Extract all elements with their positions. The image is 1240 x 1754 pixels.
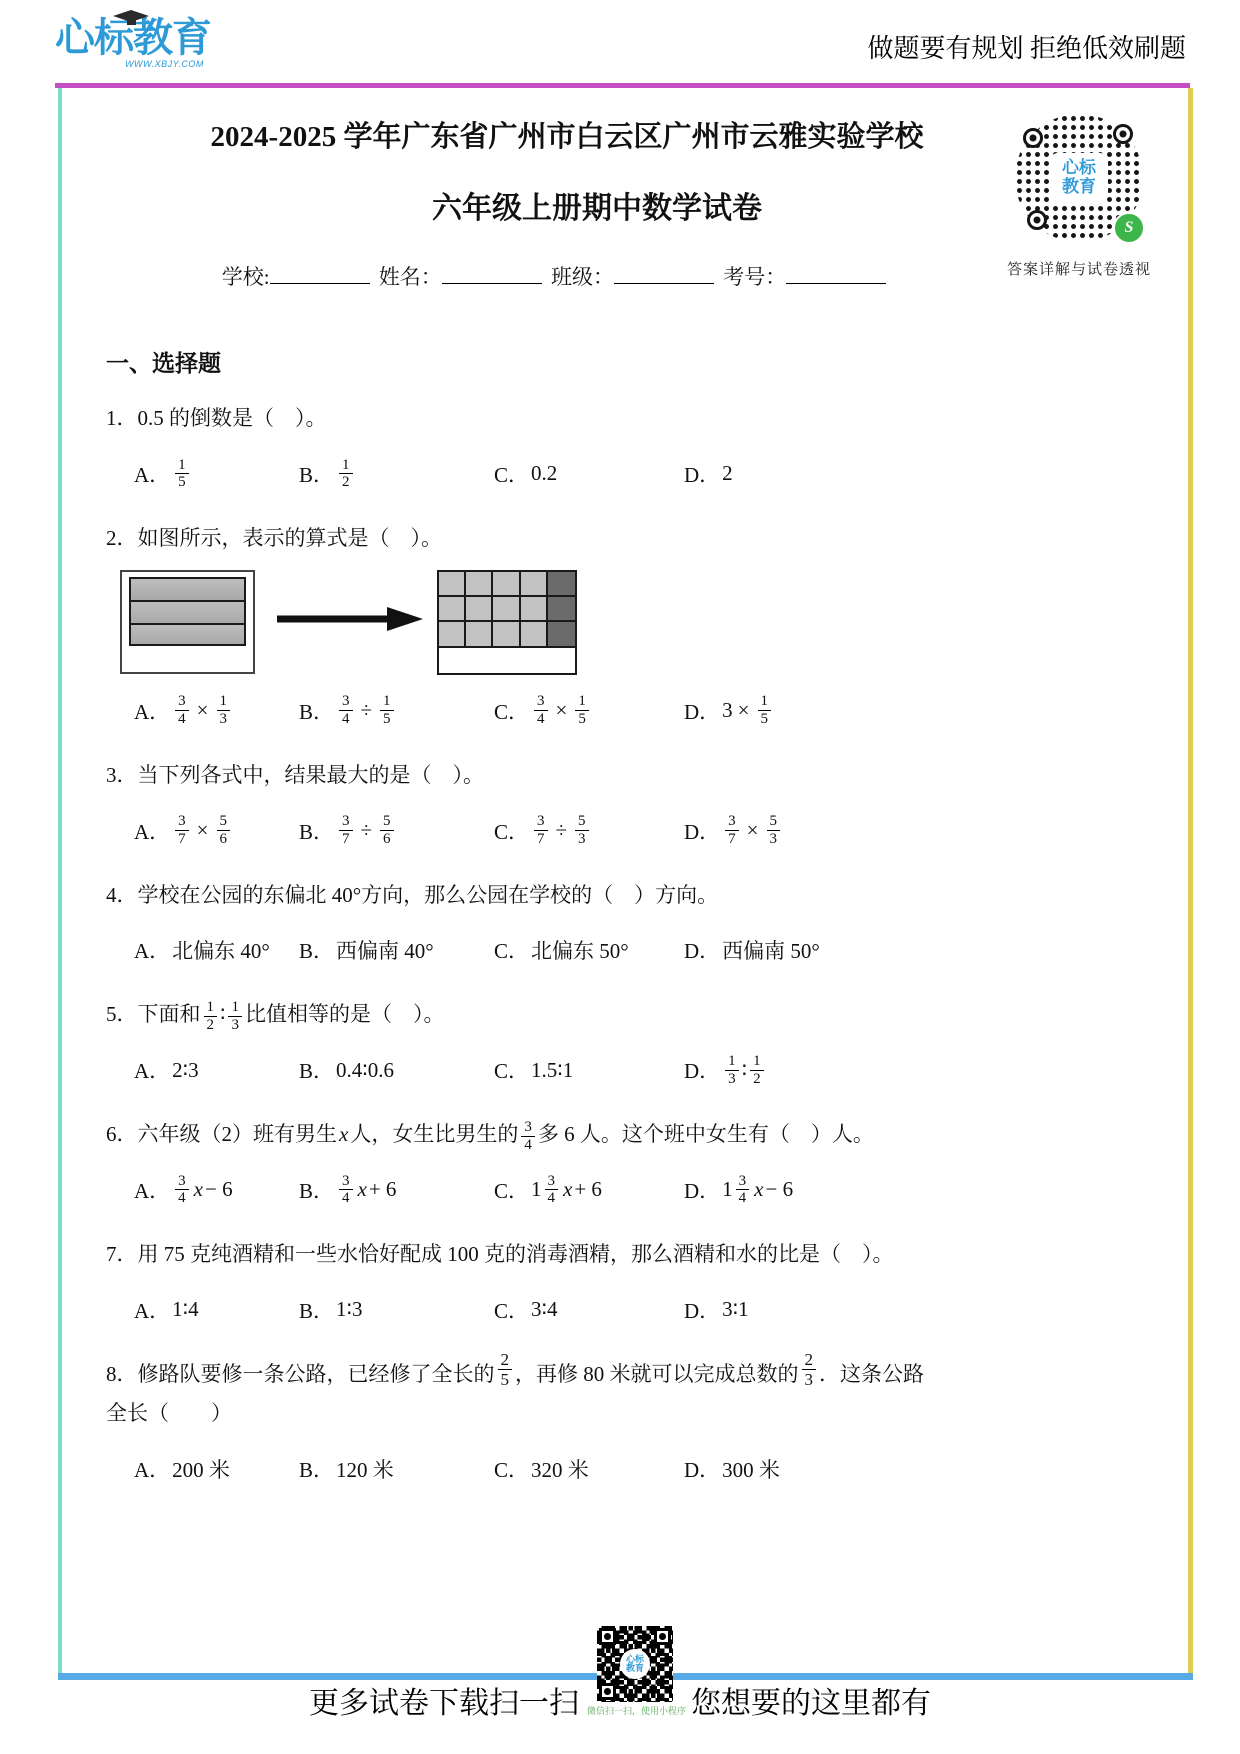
option-label: B． — [299, 1454, 334, 1484]
grid-cell — [521, 597, 548, 622]
option-D: D．2 — [684, 459, 1148, 489]
qr-logo-line2: 教育 — [1062, 178, 1096, 197]
fraction-denominator: 7 — [178, 831, 186, 848]
question-number: 7． — [106, 1242, 138, 1266]
option-label: D． — [684, 696, 720, 726]
fraction-numerator: 5 — [380, 813, 394, 831]
fraction: 53 — [767, 813, 781, 848]
option-B: B．1∶3 — [299, 1295, 494, 1325]
grid-cell — [466, 622, 493, 647]
fraction-denominator: 4 — [537, 711, 545, 728]
fraction-denominator: 4 — [342, 711, 350, 728]
fraction-numerator: 1 — [758, 693, 772, 711]
fraction-numerator: 5 — [575, 813, 589, 831]
option-label: C． — [494, 1055, 529, 1085]
option-C: C．134x + 6 — [494, 1173, 684, 1208]
fraction-denominator: 3 — [805, 1370, 814, 1389]
fraction-denominator: 4 — [178, 1190, 186, 1207]
fraction-denominator: 4 — [548, 1190, 556, 1207]
option-row: A．2∶3B．0.4∶0.6C．1.5∶1D．13∶12 — [134, 1046, 1148, 1094]
option-A: A．北偏东 40° — [134, 935, 299, 965]
download-qr-code: 心标 教育 — [597, 1626, 673, 1702]
option-row: A．1∶4B．1∶3C．3∶4D．3∶1 — [134, 1286, 1148, 1334]
fraction-numerator: 3 — [339, 1173, 353, 1191]
fraction-numerator: 3 — [545, 1173, 559, 1191]
exam-title: 2024-2025 学年广东省广州市白云区广州市云雅实验学校 — [186, 118, 948, 157]
option-label: D． — [684, 1055, 720, 1085]
question-7: 7．用 75 克纯酒精和一些水恰好配成 100 克的消毒酒精，那么酒精和水的比是… — [106, 1236, 1148, 1334]
footer-right-text: 您想要的这里都有 — [691, 1626, 931, 1722]
fraction-denominator: 3 — [231, 1017, 239, 1034]
wechat-scan-text: 微信扫一扫，使用小程序 — [587, 1704, 686, 1717]
question-stem: 3．当下列各式中，结果最大的是（ ）。 — [106, 757, 1148, 795]
option-label: B． — [299, 696, 334, 726]
graduation-cap-icon — [113, 10, 149, 28]
grid-cell — [493, 572, 520, 597]
fraction-denominator: 4 — [524, 1137, 532, 1154]
answer-qr-code: 心标 教育 S — [1015, 114, 1143, 242]
class-blank — [614, 261, 714, 284]
fraction-numerator: 1 — [217, 693, 231, 711]
option-D: D．3∶1 — [684, 1295, 1148, 1325]
grid-cell — [466, 597, 493, 622]
qr-center-logo: 心标 教育 — [620, 1649, 650, 1679]
math-operator: ÷ — [361, 818, 373, 843]
option-label: A． — [134, 696, 170, 726]
fraction-denominator: 4 — [178, 711, 186, 728]
math-operator: × — [747, 818, 759, 843]
qr-ring-icon — [1027, 210, 1047, 230]
variable: x — [563, 1177, 572, 1202]
option-label: C． — [494, 696, 529, 726]
option-B: B．120 米 — [299, 1454, 494, 1484]
question-6: 6．六年级（2）班有男生x人，女生比男生的34多 6 人。这个班中女生有（ ）人… — [106, 1116, 1148, 1214]
question-number: 8． — [106, 1362, 138, 1386]
fraction-numerator: 3 — [534, 693, 548, 711]
question-8: 8．修路队要修一条公路，已经修了全长的25，再修 80 米就可以完成总数的23．… — [106, 1356, 1148, 1494]
question-stem: 6．六年级（2）班有男生x人，女生比男生的34多 6 人。这个班中女生有（ ）人… — [106, 1116, 1148, 1154]
grid-cell — [493, 622, 520, 647]
question-4: 4．学校在公园的东偏北 40°方向，那么公园在学校的（ ）方向。A．北偏东 40… — [106, 877, 1148, 975]
exam-no-label: 考号： — [723, 265, 786, 289]
fraction: 13 — [725, 1053, 739, 1088]
fraction: 25 — [498, 1350, 513, 1389]
math-operator: × — [197, 818, 209, 843]
qr-logo-line1: 心标 — [1062, 159, 1096, 178]
option-label: B． — [299, 1055, 334, 1085]
variable: x — [339, 1122, 348, 1146]
question-number: 6． — [106, 1122, 138, 1146]
qr-center-logo: 心标 教育 — [1050, 153, 1108, 203]
fraction-denominator: 7 — [537, 831, 545, 848]
fraction: 34 — [175, 693, 189, 728]
option-C: C．3∶4 — [494, 1295, 684, 1325]
exam-subtitle: 六年级上册期中数学试卷 — [206, 183, 988, 227]
option-C: C．北偏东 50° — [494, 935, 684, 965]
question-5: 5．下面和12∶13比值相等的是（ ）。A．2∶3B．0.4∶0.6C．1.5∶… — [106, 996, 1148, 1094]
fraction-strips-figure — [120, 570, 255, 674]
fraction-numerator: 2 — [498, 1350, 513, 1370]
shaded-strip — [129, 623, 246, 646]
option-C: C．34×15 — [494, 693, 684, 728]
option-A: A．37×56 — [134, 813, 299, 848]
option-label: A． — [134, 1295, 170, 1325]
question-list: 1．0.5 的倒数是（ ）。A．15B．12C．0.2D．22．如图所示，表示的… — [106, 400, 1148, 1493]
fraction-denominator: 3 — [770, 831, 778, 848]
option-label: B． — [299, 816, 334, 846]
question-number: 5． — [106, 1002, 138, 1026]
grid-cell — [439, 572, 466, 597]
qr-finder-icon — [654, 1628, 671, 1645]
fraction-numerator: 3 — [339, 813, 353, 831]
option-row: A．15B．12C．0.2D．2 — [134, 450, 1148, 498]
fraction: 34 — [545, 1173, 559, 1208]
fraction-numerator: 3 — [339, 693, 353, 711]
qr-caption: 答案详解与试卷透视 — [990, 258, 1168, 279]
grid-cell — [439, 597, 466, 622]
exam-sheet: 心标 教育 S 答案详解与试卷透视 2024-2025 学年广东省广州市白云区广… — [58, 88, 1193, 1673]
fraction-numerator: 1 — [575, 693, 589, 711]
option-label: A． — [134, 459, 170, 489]
fraction: 53 — [575, 813, 589, 848]
option-label: C． — [494, 459, 529, 489]
fraction: 23 — [802, 1350, 817, 1389]
header-slogan: 做题要有规划 拒绝低效刷题 — [867, 28, 1186, 65]
option-row: A．200 米B．120 米C．320 米D．300 米 — [134, 1445, 1148, 1493]
fraction-numerator: 1 — [750, 1053, 764, 1071]
option-label: A． — [134, 816, 170, 846]
fraction: 34 — [521, 1119, 535, 1154]
option-D: D．300 米 — [684, 1454, 1148, 1484]
option-label: C． — [494, 935, 529, 965]
fraction-numerator: 2 — [802, 1350, 817, 1370]
question-stem: 2．如图所示，表示的算式是（ ）。 — [106, 520, 1148, 558]
option-label: D． — [684, 1454, 720, 1484]
option-label: D． — [684, 816, 720, 846]
wechat-scan-caption: 微信扫一扫，使用小程序 — [593, 1704, 677, 1717]
fraction-denominator: 5 — [501, 1370, 510, 1389]
question-number: 2． — [106, 526, 138, 550]
fraction-numerator: 5 — [217, 813, 231, 831]
fraction-denominator: 2 — [753, 1071, 761, 1088]
page-footer: 更多试卷下载扫一扫 心标 教育 微信扫一扫，使用小程序 您想要的这里都有 — [0, 1626, 1240, 1722]
fraction: 13 — [217, 693, 231, 728]
fraction: 34 — [736, 1173, 750, 1208]
option-label: B． — [299, 459, 334, 489]
fraction: 34 — [339, 1173, 353, 1208]
grid-cell — [521, 572, 548, 597]
question-number: 3． — [106, 763, 138, 787]
option-A: A．2∶3 — [134, 1055, 299, 1085]
fraction-numerator: 1 — [725, 1053, 739, 1071]
fraction-denominator: 2 — [342, 474, 350, 491]
math-operator: × — [738, 698, 750, 723]
grid-cell — [439, 622, 466, 647]
shaded-strip — [129, 577, 246, 600]
fraction-numerator: 3 — [175, 1173, 189, 1191]
option-D: D．134x − 6 — [684, 1173, 1148, 1208]
fraction: 13 — [228, 999, 242, 1034]
fraction: 34 — [534, 693, 548, 728]
question-stem: 5．下面和12∶13比值相等的是（ ）。 — [106, 996, 1148, 1034]
fraction-numerator: 3 — [521, 1119, 535, 1137]
fraction-numerator: 1 — [380, 693, 394, 711]
exam-page: 心标教育 WWW.XBJY.COM 做题要有规划 拒绝低效刷题 心标 教育 S — [0, 0, 1240, 1754]
footer-left-text: 更多试卷下载扫一扫 — [309, 1626, 579, 1722]
option-row: A．34x − 6B．34x + 6C．134x + 6D．134x − 6 — [134, 1166, 1148, 1214]
question-2: 2．如图所示，表示的算式是（ ）。A．34×13B．34÷15C．34×15D．… — [106, 520, 1148, 735]
option-C: C．37÷53 — [494, 813, 684, 848]
name-blank — [442, 261, 542, 284]
fraction: 37 — [534, 813, 548, 848]
school-blank — [270, 261, 370, 284]
school-label: 学校: — [222, 265, 270, 289]
option-C: C．1.5∶1 — [494, 1055, 684, 1085]
fraction: 12 — [204, 999, 218, 1034]
fraction: 37 — [175, 813, 189, 848]
grid-cell — [493, 597, 520, 622]
option-label: C． — [494, 816, 529, 846]
fraction-numerator: 3 — [175, 693, 189, 711]
option-B: B．0.4∶0.6 — [299, 1055, 494, 1085]
option-D: D．37×53 — [684, 813, 1148, 848]
grid-cell — [466, 572, 493, 597]
class-label: 班级： — [551, 265, 614, 289]
variable: x — [194, 1177, 203, 1202]
question-3: 3．当下列各式中，结果最大的是（ ）。A．37×56B．37÷56C．37÷53… — [106, 757, 1148, 855]
qr-ring-icon — [1023, 128, 1043, 148]
grid-cell — [521, 622, 548, 647]
fraction-numerator: 1 — [175, 457, 189, 475]
option-C: C．0.2 — [494, 459, 684, 489]
fraction-denominator: 5 — [383, 711, 391, 728]
question-stem: 1．0.5 的倒数是（ ）。 — [106, 400, 1148, 438]
mini-program-badge-icon: S — [1113, 212, 1145, 244]
option-label: B． — [299, 1175, 334, 1205]
fraction-denominator: 7 — [342, 831, 350, 848]
math-operator: ÷ — [361, 698, 373, 723]
option-A: A．200 米 — [134, 1454, 299, 1484]
option-label: B． — [299, 1295, 334, 1325]
option-row: A．37×56B．37÷56C．37÷53D．37×53 — [134, 807, 1148, 855]
qr-finder-icon — [599, 1683, 616, 1700]
answer-qr-block: 心标 教育 S 答案详解与试卷透视 — [990, 114, 1168, 279]
question-1: 1．0.5 的倒数是（ ）。A．15B．12C．0.2D．2 — [106, 400, 1148, 498]
qr-ring-icon — [1113, 124, 1133, 144]
fraction: 37 — [725, 813, 739, 848]
fraction: 15 — [758, 693, 772, 728]
section-heading: 一、选择题 — [106, 345, 1148, 378]
fraction-denominator: 7 — [728, 831, 736, 848]
exam-no-blank — [786, 261, 886, 284]
question-stem: 8．修路队要修一条公路，已经修了全长的25，再修 80 米就可以完成总数的23．… — [106, 1356, 1148, 1434]
fraction: 15 — [380, 693, 394, 728]
fraction-denominator: 5 — [761, 711, 769, 728]
grid-cell — [548, 572, 575, 597]
option-B: B．37÷56 — [299, 813, 494, 848]
fraction-denominator: 4 — [739, 1190, 747, 1207]
fraction-denominator: 3 — [578, 831, 586, 848]
site-header: 心标教育 WWW.XBJY.COM 做题要有规划 拒绝低效刷题 — [55, 18, 1186, 65]
variable: x — [754, 1177, 763, 1202]
qr-finder-icon — [599, 1628, 616, 1645]
option-label: A． — [134, 1454, 170, 1484]
option-A: A．1∶4 — [134, 1295, 299, 1325]
option-label: B． — [299, 935, 334, 965]
fraction-numerator: 1 — [204, 999, 218, 1017]
option-label: C． — [494, 1295, 529, 1325]
fraction-denominator: 2 — [207, 1017, 215, 1034]
fraction-denominator: 4 — [342, 1190, 350, 1207]
grid-cell — [548, 622, 575, 647]
fraction-numerator: 3 — [534, 813, 548, 831]
option-A: A．34x − 6 — [134, 1173, 299, 1208]
option-D: D．13∶12 — [684, 1053, 1148, 1088]
fraction-denominator: 6 — [383, 831, 391, 848]
option-label: A． — [134, 935, 170, 965]
fraction-denominator: 3 — [220, 711, 228, 728]
fraction-numerator: 3 — [175, 813, 189, 831]
question-number: 1． — [106, 406, 138, 430]
fraction-denominator: 5 — [578, 711, 586, 728]
math-operator: ÷ — [556, 818, 568, 843]
option-C: C．320 米 — [494, 1454, 684, 1484]
qr-logo-line2: 教育 — [626, 1664, 644, 1673]
fraction-numerator: 1 — [228, 999, 242, 1017]
math-operator: × — [556, 698, 568, 723]
fraction: 12 — [750, 1053, 764, 1088]
fraction: 15 — [175, 457, 189, 492]
option-label: A． — [134, 1175, 170, 1205]
option-label: A． — [134, 1055, 170, 1085]
fraction-denominator: 6 — [220, 831, 228, 848]
option-B: B．34x + 6 — [299, 1173, 494, 1208]
option-row: A．34×13B．34÷15C．34×15D．3×15 — [134, 687, 1148, 735]
question-stem: 4．学校在公园的东偏北 40°方向，那么公园在学校的（ ）方向。 — [106, 877, 1148, 915]
brand-logo-url: WWW.XBJY.COM — [125, 60, 204, 69]
option-A: A．15 — [134, 457, 299, 492]
student-info-line: 学校: 姓名： 班级： 考号： — [156, 261, 948, 291]
question-stem: 7．用 75 克纯酒精和一些水恰好配成 100 克的消毒酒精，那么酒精和水的比是… — [106, 1236, 1148, 1274]
option-B: B．西偏南 40° — [299, 935, 494, 965]
option-B: B．12 — [299, 457, 494, 492]
fraction: 34 — [175, 1173, 189, 1208]
option-label: D． — [684, 935, 720, 965]
fraction-numerator: 5 — [767, 813, 781, 831]
option-A: A．34×13 — [134, 693, 299, 728]
option-label: D． — [684, 459, 720, 489]
fraction: 15 — [575, 693, 589, 728]
question-number: 4． — [106, 883, 138, 907]
question-figure — [120, 570, 1148, 675]
fraction-numerator: 3 — [725, 813, 739, 831]
fraction: 34 — [339, 693, 353, 728]
option-B: B．34÷15 — [299, 693, 494, 728]
fraction-denominator: 5 — [178, 474, 186, 491]
name-label: 姓名： — [379, 265, 442, 289]
brand-logo: 心标教育 WWW.XBJY.COM — [55, 18, 211, 58]
option-label: D． — [684, 1175, 720, 1205]
grid-cell — [548, 597, 575, 622]
fraction: 12 — [339, 457, 353, 492]
option-label: C． — [494, 1175, 529, 1205]
fraction-denominator: 3 — [728, 1071, 736, 1088]
fraction: 37 — [339, 813, 353, 848]
math-operator: × — [197, 698, 209, 723]
variable: x — [358, 1177, 367, 1202]
arrow-icon — [275, 605, 425, 639]
grid-cells — [439, 572, 575, 648]
fraction: 56 — [217, 813, 231, 848]
option-D: D．西偏南 50° — [684, 935, 1148, 965]
option-D: D．3×15 — [684, 693, 1148, 728]
fraction-numerator: 1 — [339, 457, 353, 475]
fraction: 56 — [380, 813, 394, 848]
option-label: C． — [494, 1454, 529, 1484]
shaded-strip — [129, 600, 246, 623]
option-row: A．北偏东 40°B．西偏南 40°C．北偏东 50°D．西偏南 50° — [134, 926, 1148, 974]
download-qr-block: 心标 教育 微信扫一扫，使用小程序 — [593, 1626, 677, 1717]
fraction-grid-figure — [437, 570, 577, 675]
fraction-numerator: 3 — [736, 1173, 750, 1191]
option-label: D． — [684, 1295, 720, 1325]
